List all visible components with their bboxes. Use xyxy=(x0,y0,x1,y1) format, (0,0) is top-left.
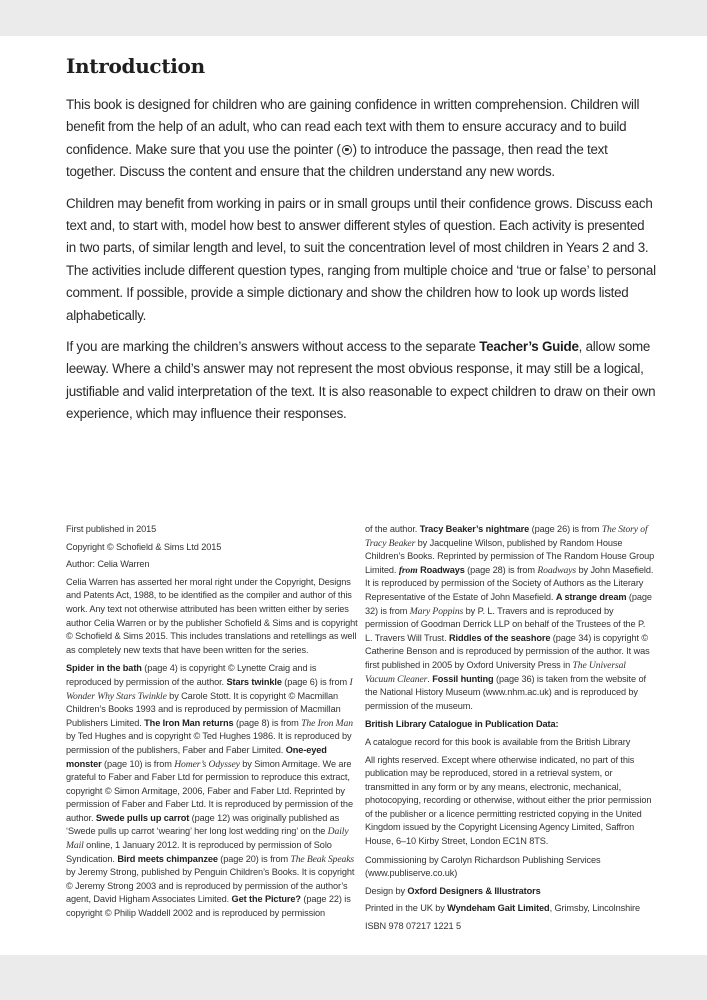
intro-paragraph-1: This book is designed for children who a… xyxy=(66,94,656,184)
first-published: First published in 2015 xyxy=(66,523,358,537)
imprint-column-right: of the author. Tracy Beaker’s nightmare … xyxy=(365,523,655,938)
acknowledgements-part-2: of the author. Tracy Beaker’s nightmare … xyxy=(365,523,655,713)
printer-credit: Printed in the UK by Wyndeham Gait Limit… xyxy=(365,902,655,916)
imprint-column-left: First published in 2015 Copyright © Scho… xyxy=(66,523,358,925)
commissioning-credit: Commissioning by Carolyn Richardson Publ… xyxy=(365,854,655,881)
document-page: Introduction This book is designed for c… xyxy=(0,36,707,955)
british-library-record: A catalogue record for this book is avai… xyxy=(365,736,655,750)
top-margin-band xyxy=(0,0,707,36)
rights-statement: All rights reserved. Except where otherw… xyxy=(365,754,655,849)
intro-paragraph-3: If you are marking the children’s answer… xyxy=(66,336,656,426)
introduction-body: This book is designed for children who a… xyxy=(66,94,656,435)
design-credit: Design by Oxford Designers & Illustrator… xyxy=(365,885,655,899)
bottom-margin-band xyxy=(0,955,707,1000)
british-library-heading: British Library Catalogue in Publication… xyxy=(365,718,655,732)
moral-rights: Celia Warren has asserted her moral righ… xyxy=(66,576,358,658)
acknowledgements-part-1: Spider in the bath (page 4) is copyright… xyxy=(66,662,358,920)
page-title: Introduction xyxy=(66,54,205,78)
copyright-line: Copyright © Schofield & Sims Ltd 2015 xyxy=(66,541,358,555)
pointer-icon xyxy=(342,145,352,155)
intro-paragraph-2: Children may benefit from working in pai… xyxy=(66,193,656,327)
author-line: Author: Celia Warren xyxy=(66,558,358,572)
teachers-guide-reference: Teacher’s Guide xyxy=(479,339,578,354)
isbn: ISBN 978 07217 1221 5 xyxy=(365,920,655,934)
